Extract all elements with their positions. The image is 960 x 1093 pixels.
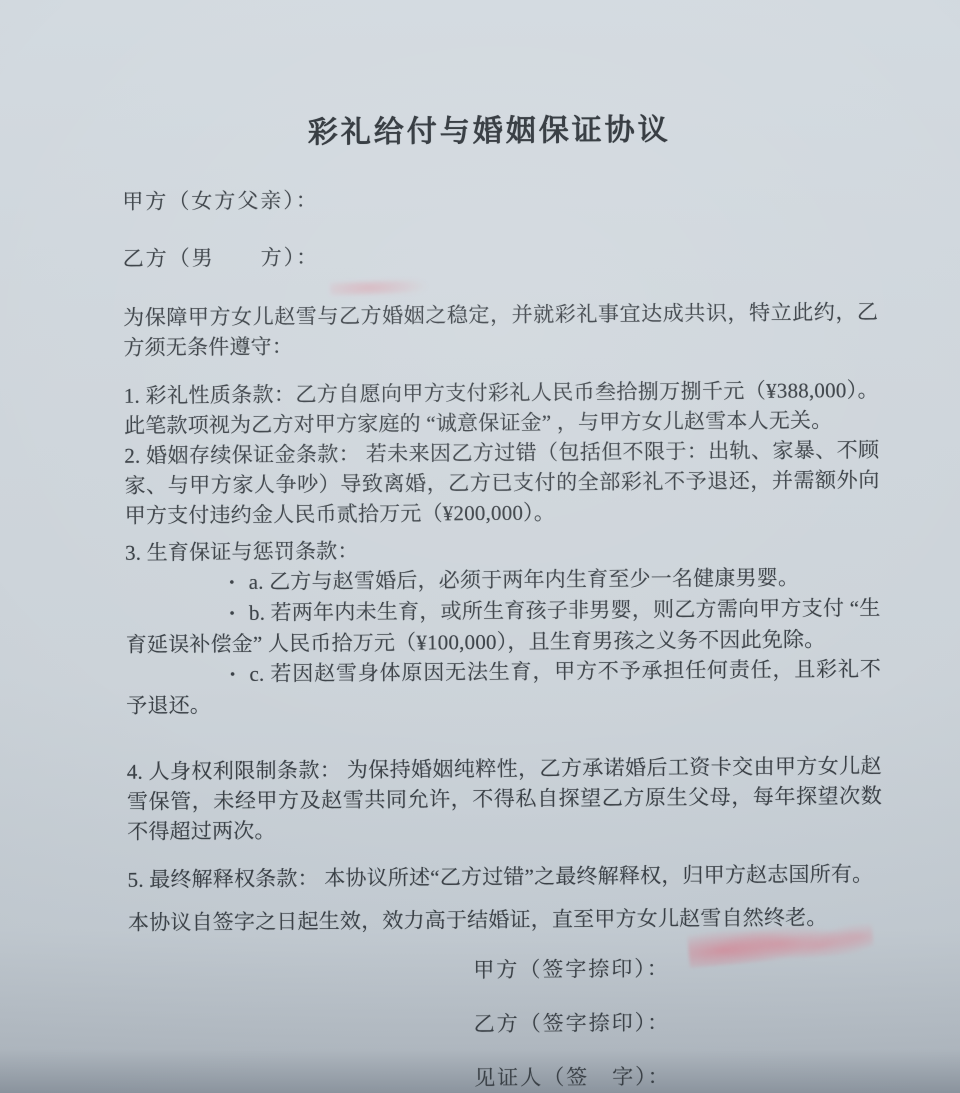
clause-4-number: 4. [127, 760, 143, 784]
clause-5: 5. 最终解释权条款： 本协议所述“乙方过错”之最终解释权，归甲方赵志国所有。 [127, 859, 882, 895]
clause-3-item-a-text: a. 乙方与赵雪婚后，必须于两年内生育至少一名健康男婴。 [249, 565, 800, 593]
paper-photo: 彩礼给付与婚姻保证协议 甲方（女方父亲）： 乙方（男 方）： 为保障甲方女儿赵雪… [0, 0, 960, 1093]
clause-5-number: 5. [128, 868, 144, 892]
closing-paragraph: 本协议自签字之日起生效，效力高于结婚证，直至甲方女儿赵雪自然终老。 [128, 902, 883, 938]
signature-line-witness: 见证人（签 字）： [474, 1060, 884, 1093]
signature-line-party-a: 甲方（签字捺印）： [473, 952, 883, 985]
clause-3-text: 生育保证与惩罚条款： [147, 539, 359, 565]
clause-1: 1. 彩礼性质条款：乙方自愿向甲方支付彩礼人民币叁拾捌万捌千元（¥388,000… [124, 375, 879, 441]
clause-3-item-b-text: b. 若两年内未生育，或所生育孩子非男婴，则乙方需向甲方支付 “生育延误补偿金”… [126, 596, 881, 657]
bullet-icon: • [177, 599, 235, 629]
clause-1-number: 1. [124, 384, 140, 408]
signature-line-party-b: 乙方（签字捺印）： [474, 1006, 884, 1039]
clause-3: 3. 生育保证与惩罚条款： •a. 乙方与赵雪婚后，必须于两年内生育至少一名健康… [125, 532, 881, 721]
signature-block: 甲方（签字捺印）： 乙方（签字捺印）： 见证人（签 字）： [473, 952, 884, 1093]
clause-3-item-c: •c. 若因赵雪身体原因无法生育，甲方不予承担任何责任，且彩礼不予退还。 [126, 654, 881, 721]
party-a-line: 甲方（女方父亲）： [122, 181, 877, 217]
clause-3-number: 3. [125, 541, 141, 565]
preamble-paragraph: 为保障甲方女儿赵雪与乙方婚姻之稳定，并就彩礼事宜达成共识，特立此约，乙方须无条件… [123, 297, 878, 363]
clause-3-item-b: •b. 若两年内未生育，或所生育孩子非男婴，则乙方需向甲方支付 “生育延误补偿金… [125, 593, 880, 660]
clause-5-text: 最终解释权条款： 本协议所述“乙方过错”之最终解释权，归甲方赵志国所有。 [149, 862, 873, 892]
document-title: 彩礼给付与婚姻保证协议 [122, 107, 857, 157]
clause-4-text: 人身权利限制条款： 为保持婚姻纯粹性，乙方承诺婚后工资卡交由甲方女儿赵雪保管，未… [127, 754, 882, 844]
clause-1-text: 彩礼性质条款：乙方自愿向甲方支付彩礼人民币叁拾捌万捌千元（¥388,000）。此… [124, 378, 879, 438]
bullet-icon: • [177, 568, 235, 598]
party-b-line: 乙方（男 方）： [123, 238, 878, 274]
clause-3-item-c-text: c. 若因赵雪身体原因无法生育，甲方不予承担任何责任，且彩礼不予退还。 [126, 657, 881, 718]
clause-2-text: 婚姻存续保证金条款： 若未来因乙方过错（包括但不限于：出轨、家暴、不顾家、与甲方… [124, 438, 879, 528]
agreement-document: 彩礼给付与婚姻保证协议 甲方（女方父亲）： 乙方（男 方）： 为保障甲方女儿赵雪… [0, 0, 960, 1093]
clause-4: 4. 人身权利限制条款： 为保持婚姻纯粹性，乙方承诺婚后工资卡交由甲方女儿赵雪保… [127, 751, 883, 847]
bullet-icon: • [178, 660, 236, 690]
clause-2: 2. 婚姻存续保证金条款： 若未来因乙方过错（包括但不限于：出轨、家暴、不顾家、… [124, 435, 880, 531]
clause-2-number: 2. [124, 444, 140, 468]
